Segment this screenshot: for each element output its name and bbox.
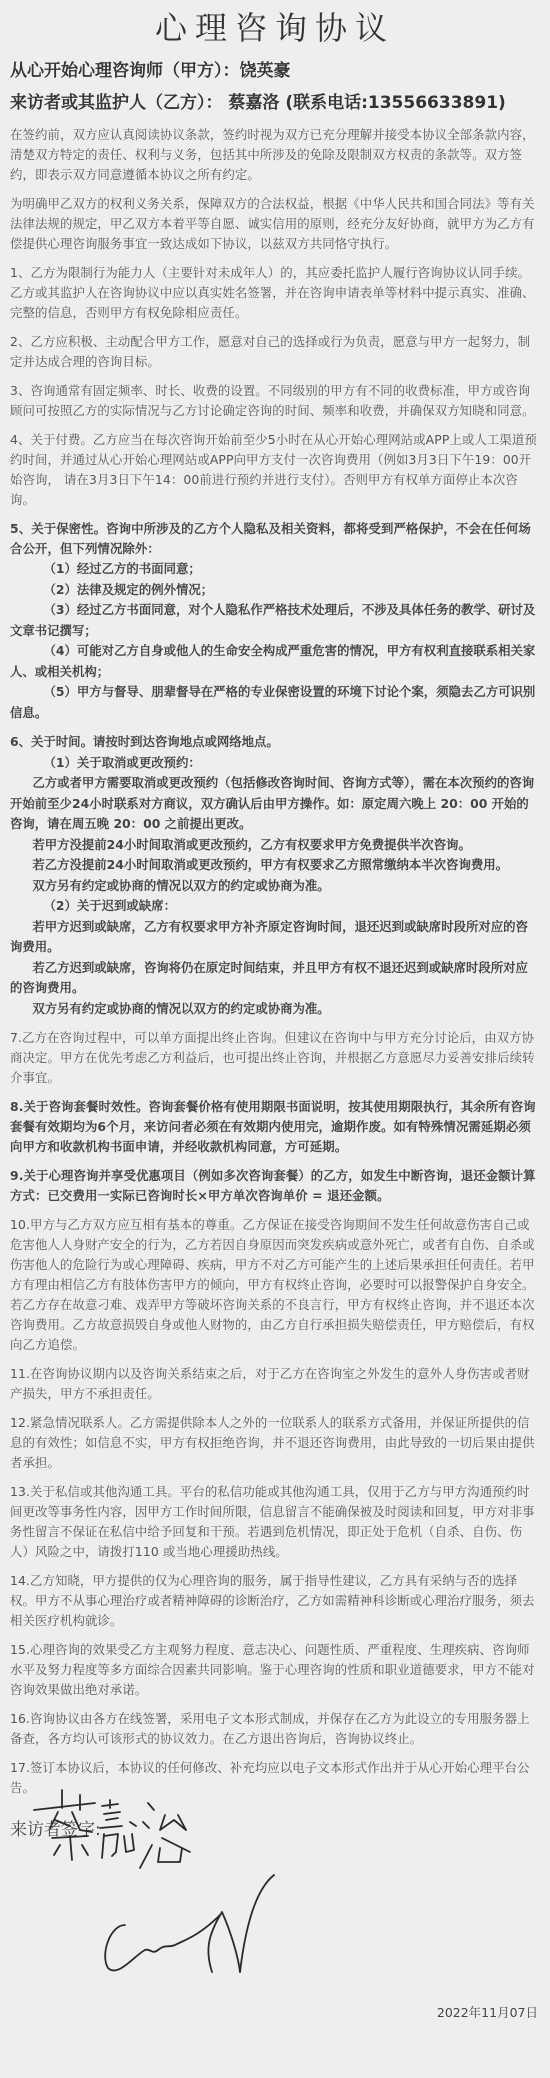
signature-date: 2022年11月07日: [437, 2003, 538, 2021]
handwritten-signature: [0, 0, 550, 2078]
